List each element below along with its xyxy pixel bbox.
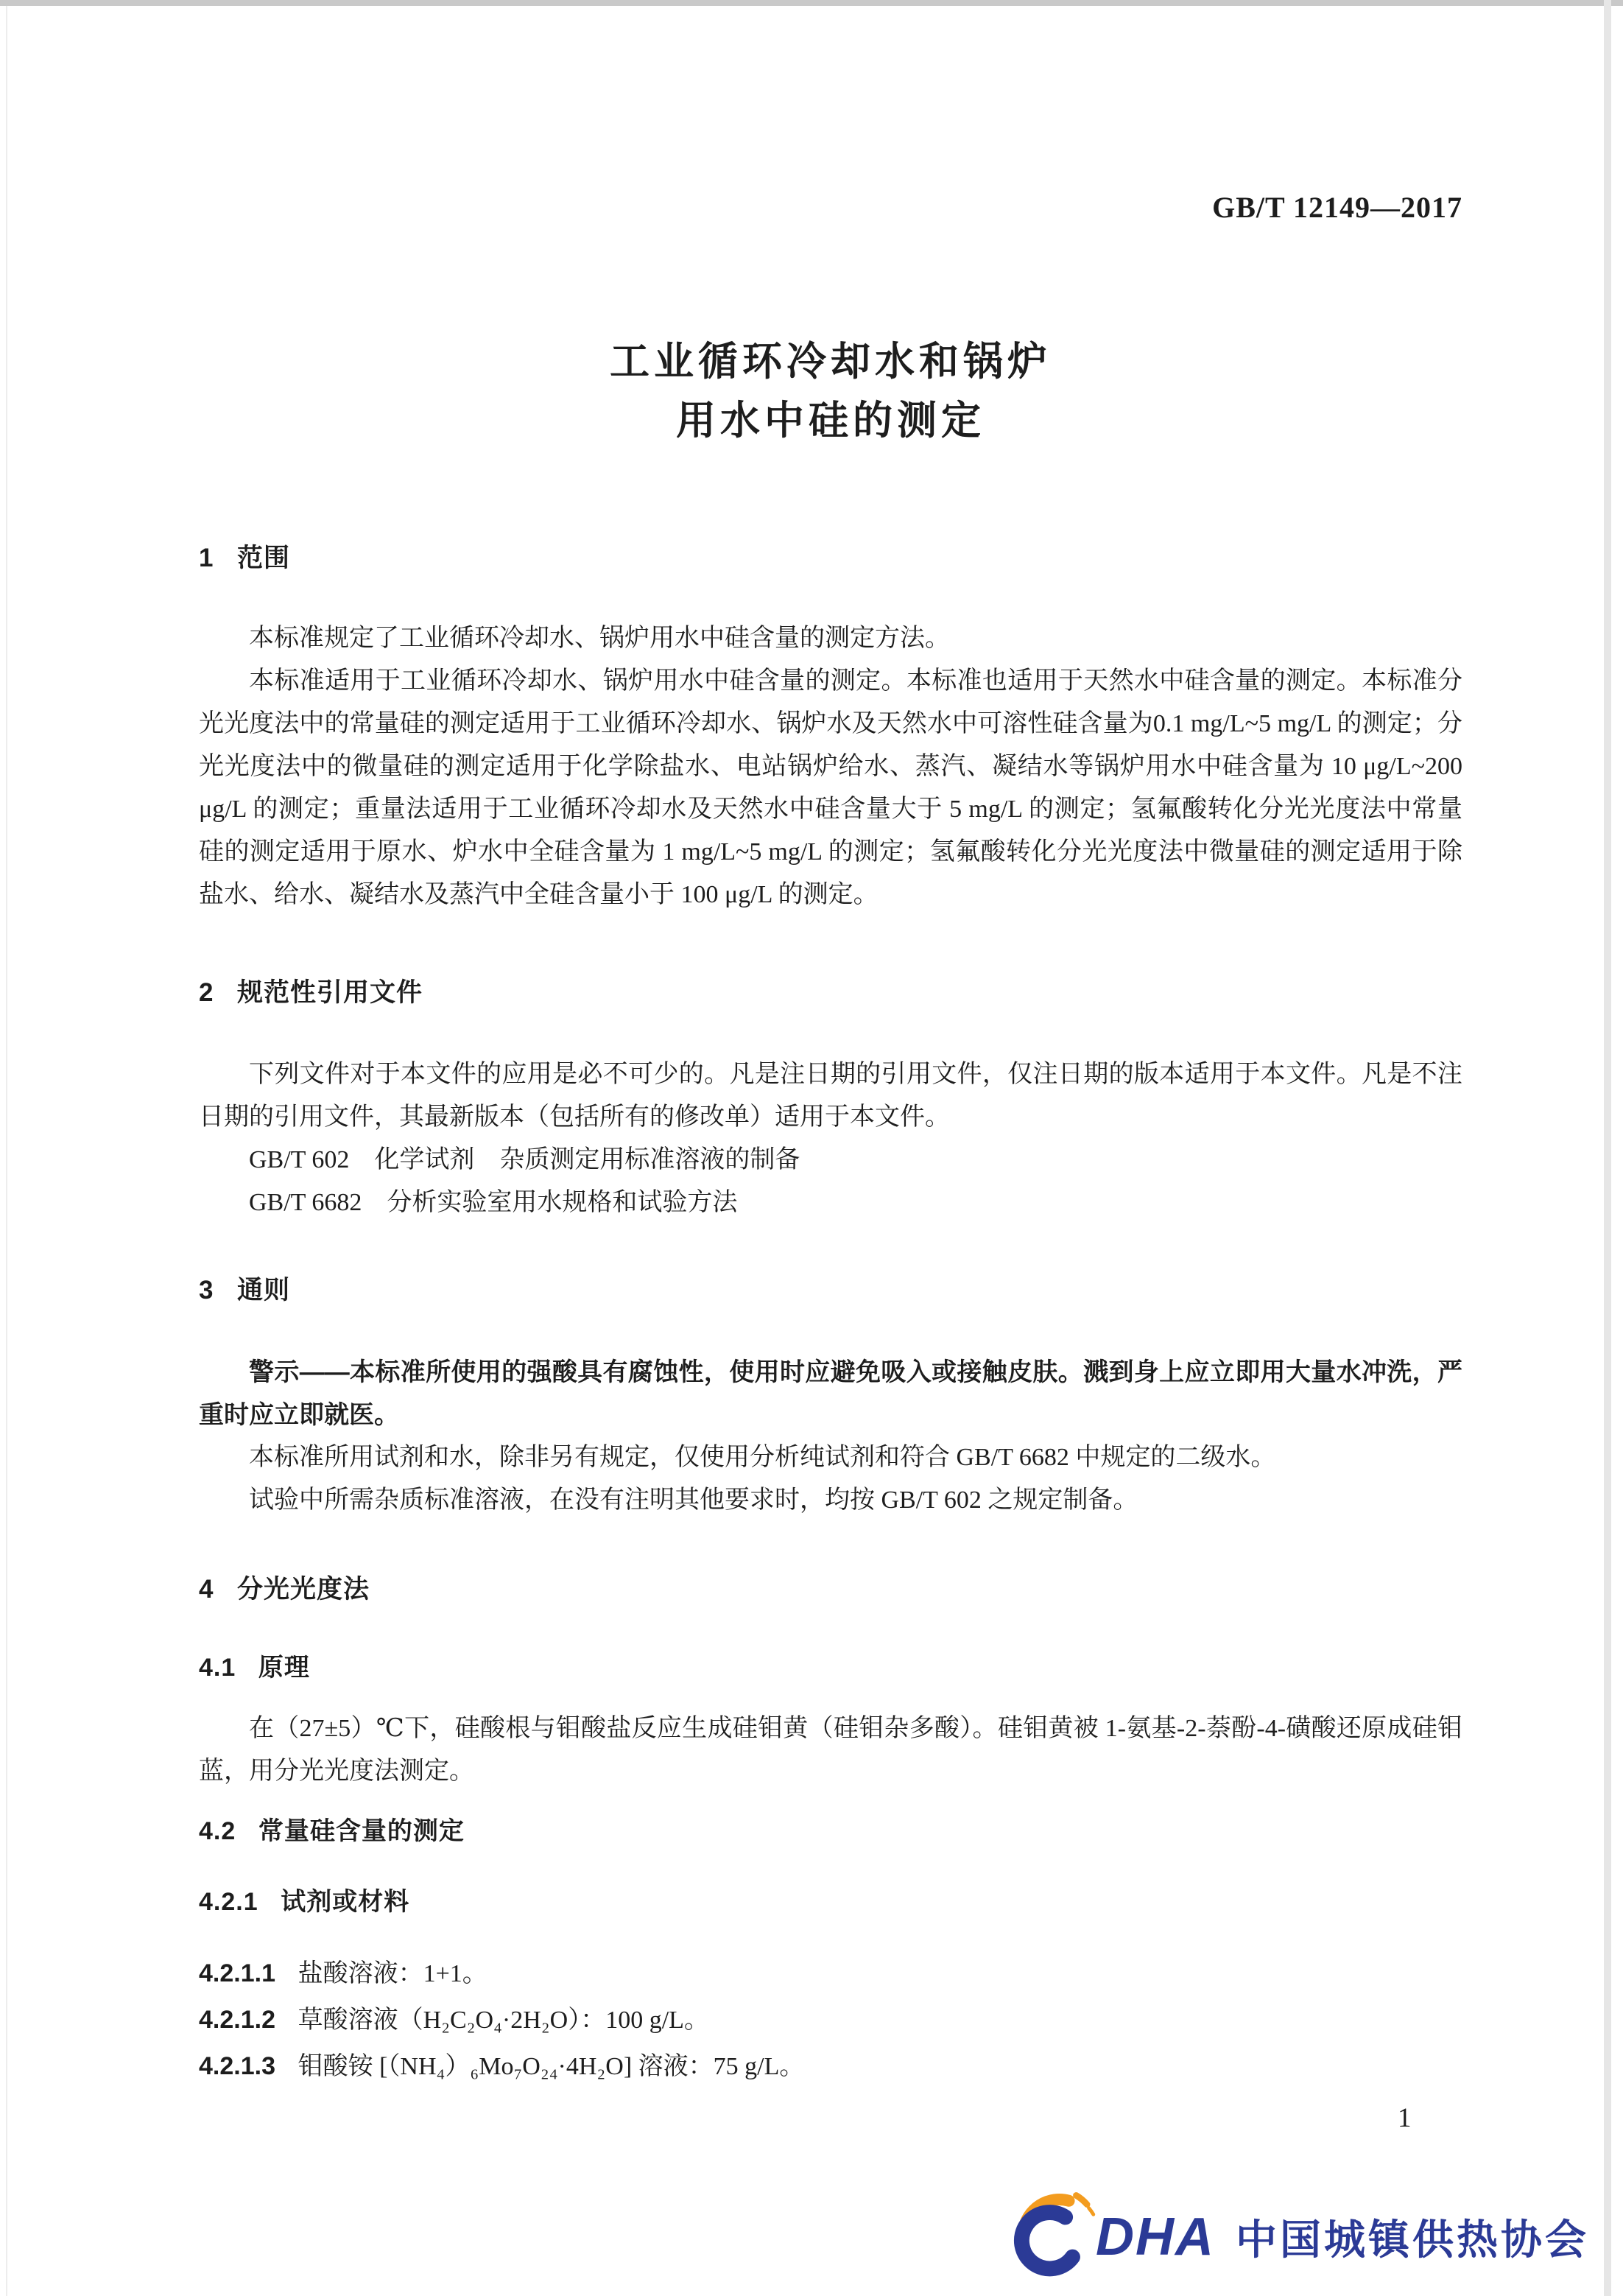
paragraph: 试验中所需杂质标准溶液，在没有注明其他要求时，均按 GB/T 602 之规定制备…	[199, 1479, 1462, 1522]
document-title-line1: 工业循环冷却水和锅炉	[199, 332, 1462, 391]
cdha-logo-icon	[1009, 2190, 1109, 2284]
standard-code: GB/T 12149—2017	[199, 190, 1462, 225]
reagent-clause-list: 4.2.1.1盐酸溶液：1+1。 4.2.1.2草酸溶液（H₂C₂O₄·2H₂O…	[199, 1951, 1462, 2090]
page-number: 1	[1398, 2102, 1412, 2135]
section-4-2-1-number: 4.2.1	[199, 1888, 258, 1916]
section-2-body: 下列文件对于本文件的应用是必不可少的。凡是注日期的引用文件，仅注日期的版本适用于…	[199, 1053, 1462, 1224]
clause-item: 4.2.1.2草酸溶液（H₂C₂O₄·2H₂O）：100 g/L。	[199, 1997, 1462, 2043]
org-logo: DHA 中国城镇供热协会	[1009, 2190, 1589, 2284]
paragraph: 下列文件对于本文件的应用是必不可少的。凡是注日期的引用文件，仅注日期的版本适用于…	[199, 1053, 1462, 1139]
section-3-heading: 3通则	[199, 1274, 1462, 1307]
section-3-label: 通则	[237, 1276, 290, 1305]
document-page: GB/T 12149—2017 工业循环冷却水和锅炉 用水中硅的测定 1范围 本…	[0, 0, 1623, 2296]
clause-text: 钼酸铵 [（NH₄）₆Mo₇O₂₄·4H₂O] 溶液：75 g/L。	[298, 2053, 805, 2080]
section-4-2-1-heading: 4.2.1试剂或材料	[199, 1886, 1462, 1918]
section-3-number: 3	[199, 1276, 214, 1305]
paragraph: 本标准适用于工业循环冷却水、锅炉用水中硅含量的测定。本标准也适用于天然水中硅含量…	[199, 660, 1462, 916]
section-2-heading: 2规范性引用文件	[199, 977, 1462, 1009]
clause-number: 4.2.1.3	[199, 2052, 275, 2080]
page-content: GB/T 12149—2017 工业循环冷却水和锅炉 用水中硅的测定 1范围 本…	[199, 0, 1462, 2090]
clause-text: 草酸溶液（H₂C₂O₄·2H₂O）：100 g/L。	[298, 2007, 709, 2034]
paragraph: 本标准所用试剂和水，除非另有规定，仅使用分析纯试剂和符合 GB/T 6682 中…	[199, 1436, 1462, 1479]
logo-org-name: 中国城镇供热协会	[1236, 2208, 1589, 2267]
normative-reference: GB/T 6682 分析实验室用水规格和试验方法	[199, 1182, 1462, 1224]
section-1-body: 本标准规定了工业循环冷却水、锅炉用水中硅含量的测定方法。 本标准适用于工业循环冷…	[199, 617, 1462, 916]
section-4-number: 4	[199, 1575, 214, 1604]
section-2-label: 规范性引用文件	[237, 978, 423, 1007]
clause-item: 4.2.1.1盐酸溶液：1+1。	[199, 1951, 1462, 1997]
normative-reference: GB/T 602 化学试剂 杂质测定用标准溶液的制备	[199, 1139, 1462, 1182]
section-4-2-number: 4.2	[199, 1817, 236, 1845]
section-2-number: 2	[199, 978, 214, 1007]
clause-number: 4.2.1.2	[199, 2006, 275, 2034]
document-title-line2: 用水中硅的测定	[199, 391, 1462, 450]
section-3-body: 警示——本标准所使用的强酸具有腐蚀性，使用时应避免吸入或接触皮肤。溅到身上应立即…	[199, 1351, 1462, 1522]
scan-edge-right	[1604, 0, 1611, 2296]
paragraph: 本标准规定了工业循环冷却水、锅炉用水中硅含量的测定方法。	[199, 617, 1462, 660]
section-1-label: 范围	[237, 544, 290, 572]
section-4-heading: 4分光光度法	[199, 1573, 1462, 1606]
section-4-1-number: 4.1	[199, 1654, 236, 1682]
section-4-1-heading: 4.1原理	[199, 1651, 1462, 1684]
section-1-heading: 1范围	[199, 542, 1462, 575]
section-4-2-heading: 4.2常量硅含量的测定	[199, 1815, 1462, 1847]
section-1-number: 1	[199, 544, 214, 572]
section-4-1-body: 在（27±5）℃下，硅酸根与钼酸盐反应生成硅钼黄（硅钼杂多酸）。硅钼黄被 1-氨…	[199, 1707, 1462, 1793]
scan-edge-left	[6, 6, 7, 2296]
clause-number: 4.2.1.1	[199, 1959, 275, 1987]
paragraph: 在（27±5）℃下，硅酸根与钼酸盐反应生成硅钼黄（硅钼杂多酸）。硅钼黄被 1-氨…	[199, 1707, 1462, 1793]
section-4-2-label: 常量硅含量的测定	[258, 1817, 465, 1845]
warning-paragraph: 警示——本标准所使用的强酸具有腐蚀性，使用时应避免吸入或接触皮肤。溅到身上应立即…	[199, 1351, 1462, 1436]
clause-item: 4.2.1.3钼酸铵 [（NH₄）₆Mo₇O₂₄·4H₂O] 溶液：75 g/L…	[199, 2043, 1462, 2090]
logo-acronym: DHA	[1096, 2207, 1215, 2267]
section-4-2-1-label: 试剂或材料	[281, 1888, 409, 1916]
document-title: 工业循环冷却水和锅炉 用水中硅的测定	[199, 332, 1462, 450]
clause-text: 盐酸溶液：1+1。	[298, 1960, 487, 1987]
section-4-1-label: 原理	[258, 1654, 310, 1682]
section-4-label: 分光光度法	[237, 1575, 370, 1604]
